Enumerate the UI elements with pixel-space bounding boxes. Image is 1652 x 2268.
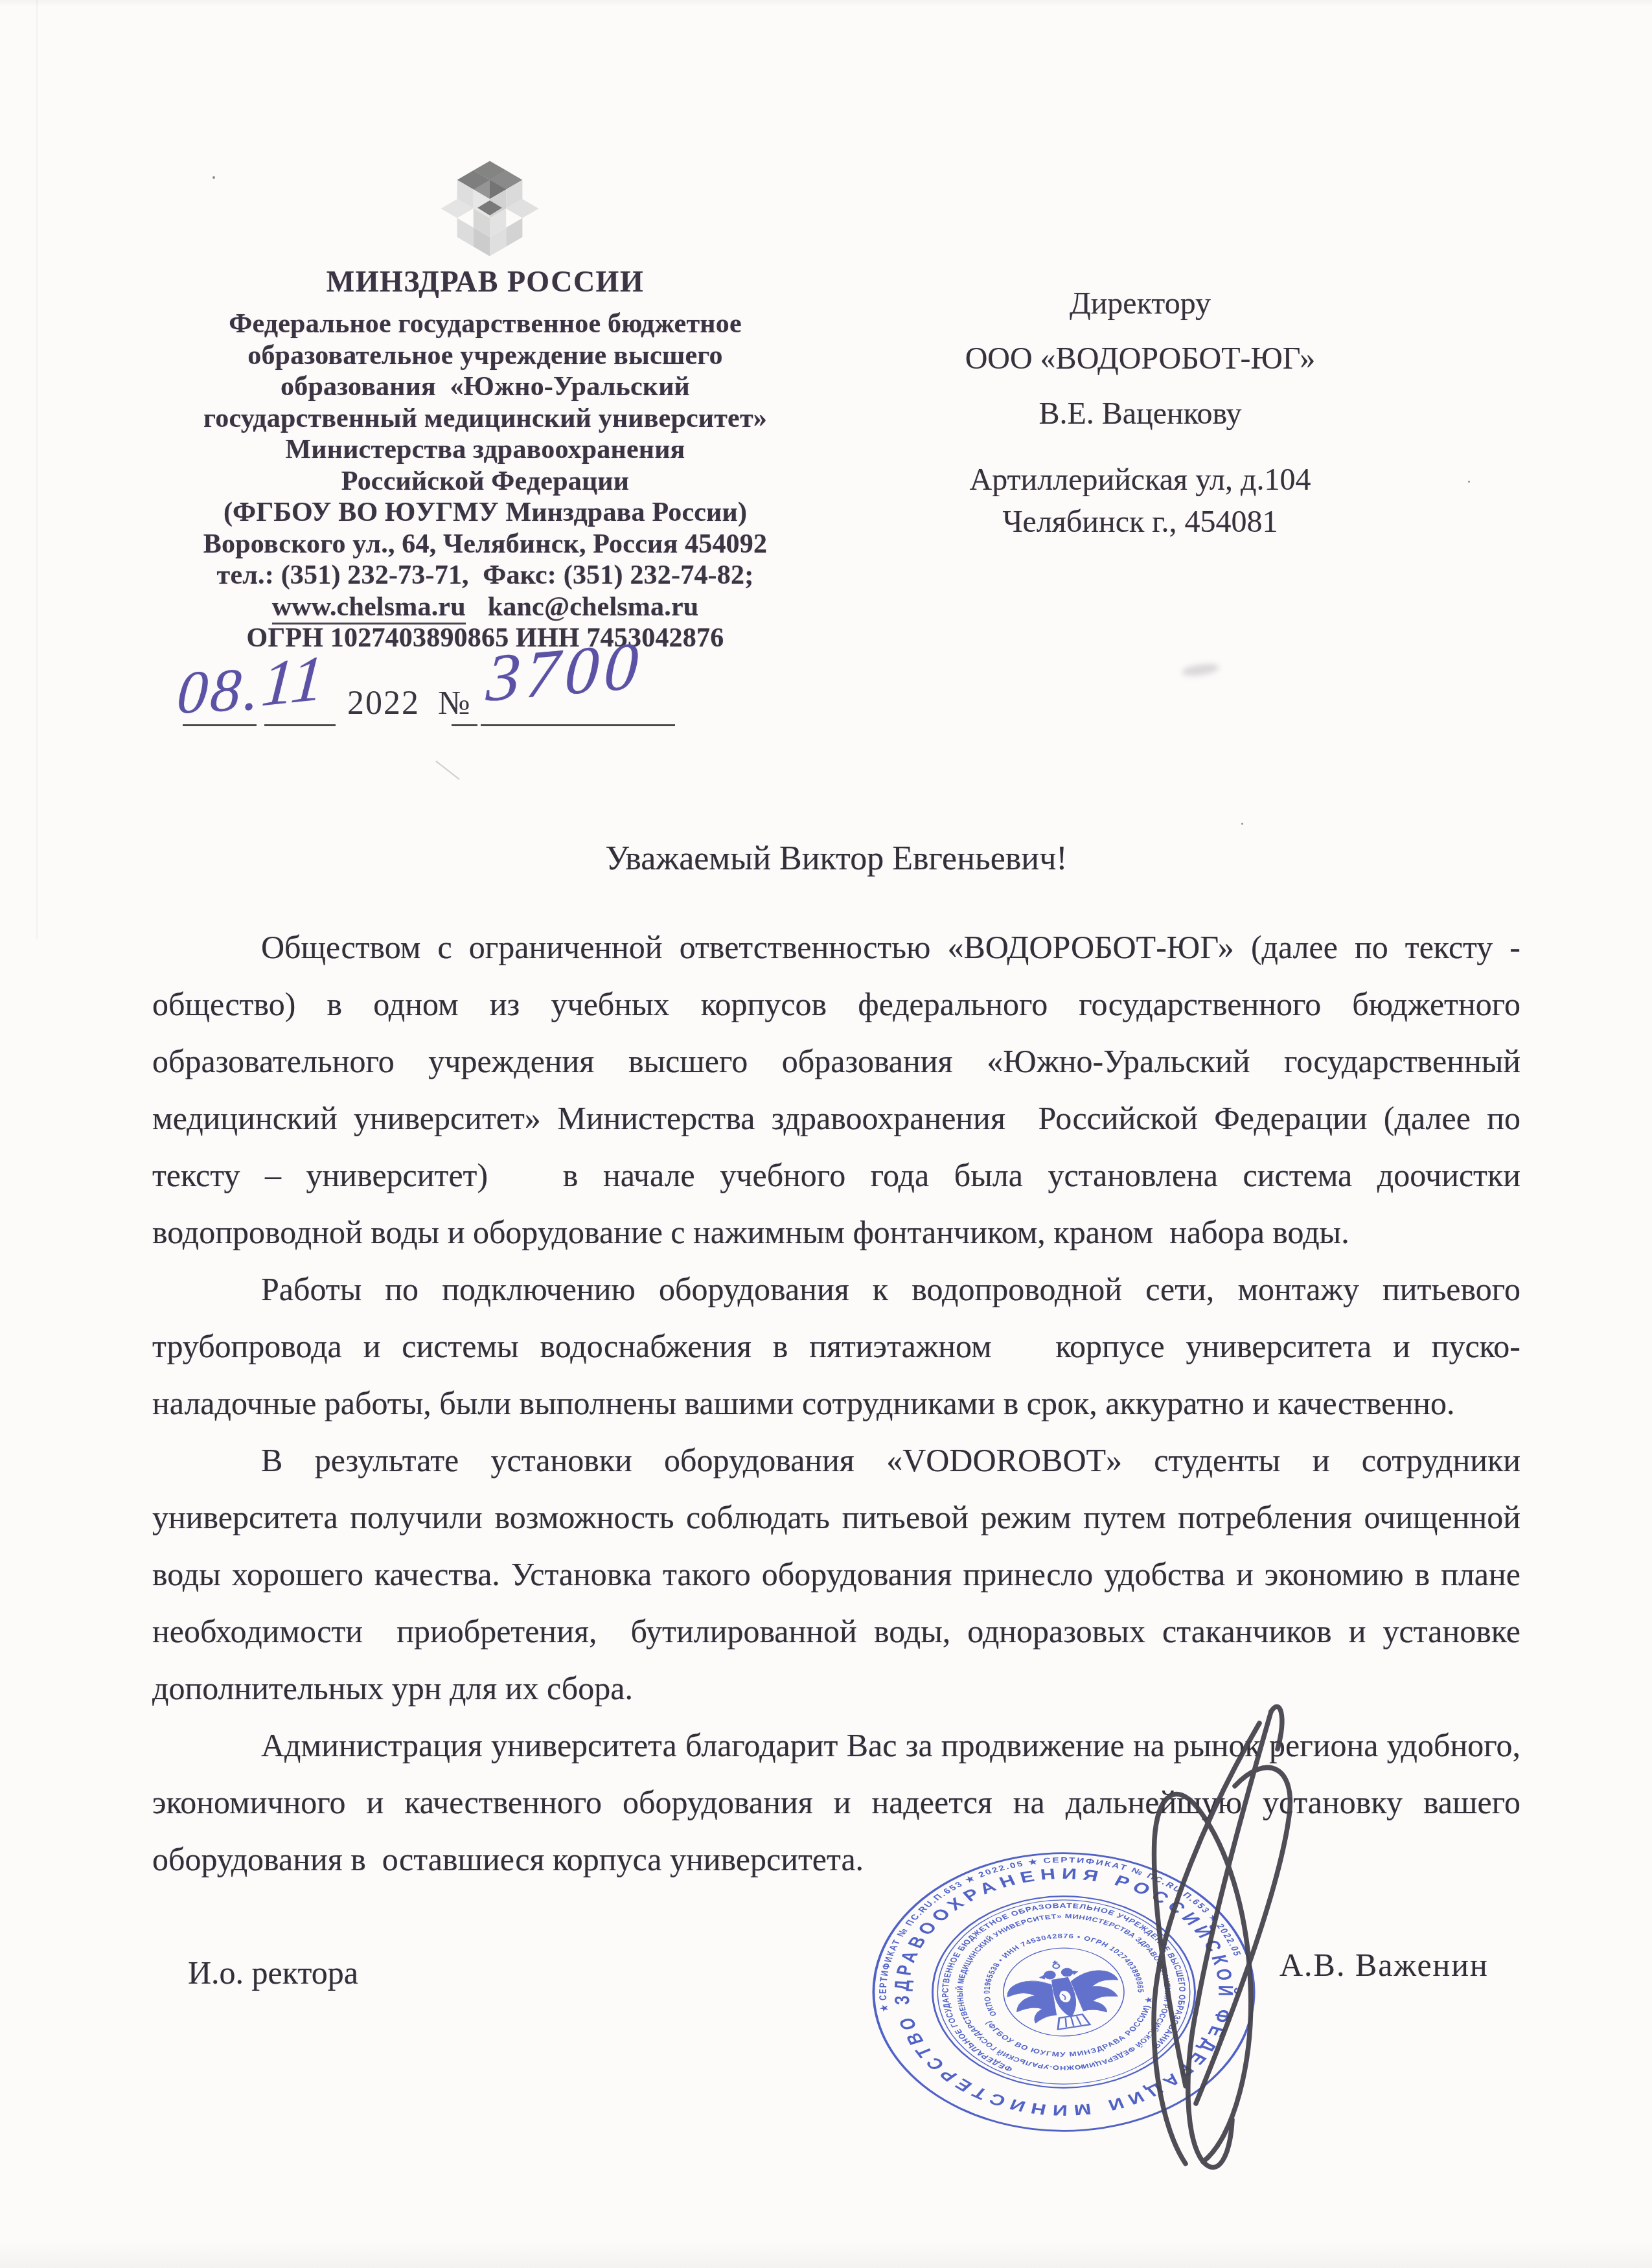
handwritten-day: 08. bbox=[175, 654, 264, 728]
recipient-city: Челябинск г., 454081 bbox=[941, 503, 1340, 541]
letterhead-phone-line: тел.: (351) 232-73-71, Факс: (351) 232-7… bbox=[157, 560, 813, 591]
body-line: водопроводной воды и оборудование с нажи… bbox=[152, 1204, 1520, 1261]
body-line: воды хорошего качества. Установка такого… bbox=[152, 1546, 1520, 1603]
handwritten-signature bbox=[1088, 1632, 1581, 2241]
body-line: наладочные работы, были выполнены вашими… bbox=[152, 1375, 1520, 1432]
body-line: медицинский университет» Министерства зд… bbox=[152, 1090, 1520, 1147]
email-text: kanc@chelsma.ru bbox=[488, 592, 699, 622]
body-line: общество) в одном из учебных корпусов фе… bbox=[152, 976, 1520, 1033]
body-line: образовательного учреждения высшего обра… bbox=[152, 1033, 1520, 1090]
body-line: В результате установки оборудования «VOD… bbox=[152, 1432, 1520, 1489]
signer-role: И.о. ректора bbox=[188, 1954, 358, 1991]
body-line: трубопровода и системы водоснабжения в п… bbox=[152, 1318, 1520, 1375]
body-line: университета получили возможность соблюд… bbox=[152, 1489, 1520, 1546]
recipient-title: Директору bbox=[941, 285, 1340, 323]
letterhead-line: образовательное учреждение высшего bbox=[157, 340, 813, 372]
letterhead-line: (ФГБОУ ВО ЮУГМУ Минздрава России) bbox=[157, 497, 813, 529]
number-underline bbox=[481, 724, 675, 726]
date-underline bbox=[183, 724, 257, 726]
recipient-company: ООО «ВОДОРОБОТ-ЮГ» bbox=[941, 340, 1340, 378]
body-line: тексту – университет) в начале учебного … bbox=[152, 1147, 1520, 1204]
scan-fold-line bbox=[36, 0, 38, 939]
scan-scratch bbox=[435, 761, 459, 780]
letterhead-address-line: Воровского ул., 64, Челябинск, Россия 45… bbox=[157, 529, 813, 560]
body-line: Работы по подключению оборудования к вод… bbox=[152, 1261, 1520, 1318]
body-line: Обществом с ограниченной ответственность… bbox=[152, 919, 1520, 976]
scan-speck bbox=[1468, 481, 1470, 483]
number-underline bbox=[452, 724, 477, 726]
letterhead-contacts-line: www.chelsma.rukanc@chelsma.ru bbox=[157, 591, 813, 623]
university-logo bbox=[435, 155, 544, 264]
handwritten-doc-number: 3700 bbox=[485, 627, 645, 717]
letterhead-line: образования «Южно-Уральский bbox=[157, 371, 813, 403]
letterhead-line: Российской Федерации bbox=[157, 466, 813, 498]
printed-year: 2022 bbox=[347, 684, 420, 722]
letterhead-line: государственный медицинский университет» bbox=[157, 403, 813, 435]
ministry-title: МИНЗДРАВ РОССИИ bbox=[157, 263, 813, 301]
recipient-street: Артиллерийская ул, д.104 bbox=[941, 461, 1340, 499]
scan-speck bbox=[1241, 823, 1243, 825]
website-text: www.chelsma.ru bbox=[272, 592, 466, 624]
recipient-person: В.Е. Ваценкову bbox=[941, 395, 1340, 433]
salutation: Уважаемый Виктор Евгеньевич! bbox=[152, 840, 1520, 878]
letterhead-line: Федеральное государственное бюджетное bbox=[157, 308, 813, 340]
number-sign: № bbox=[438, 684, 470, 722]
letterhead-ogrn-line: ОГРН 1027403890865 ИНН 7453042876 bbox=[157, 623, 813, 654]
letterhead-block: МИНЗДРАВ РОССИИ Федеральное государствен… bbox=[157, 263, 813, 654]
scanned-letter-page: МИНЗДРАВ РОССИИ Федеральное государствен… bbox=[0, 0, 1652, 2268]
handwritten-month: 11 bbox=[259, 641, 328, 721]
recipient-block: Директору ООО «ВОДОРОБОТ-ЮГ» В.Е. Ваценк… bbox=[941, 285, 1340, 541]
date-underline bbox=[264, 724, 336, 726]
scan-speck bbox=[212, 176, 215, 179]
ink-smudge bbox=[1181, 662, 1220, 678]
letterhead-line: Министерства здравоохранения bbox=[157, 434, 813, 466]
